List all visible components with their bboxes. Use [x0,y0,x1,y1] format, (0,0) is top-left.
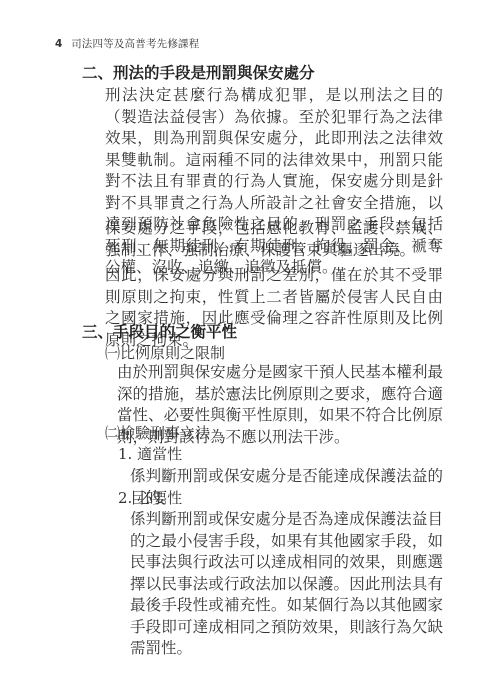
item-1-label: 1. 適當性 [118,443,182,464]
section-two-paragraph-2: 保安處分之手段，包括感化教育、監護、禁戒、強制工作、強制治療、保護管束與驅逐出境… [105,218,443,261]
subsection-two-heading: ㈡檢驗刑事立法 [105,422,210,443]
subsection-one-heading: ㈠比例原則之限制 [105,342,225,363]
running-head: 4 司法四等及高普考先修課程 [55,36,199,51]
item-2-label: 2. 必要性 [118,487,182,508]
document-page: 4 司法四等及高普考先修課程 二、刑法的手段是刑罰與保安處分 刑法決定甚麼行為構… [0,0,497,700]
section-two-heading: 二、刑法的手段是刑罰與保安處分 [82,61,315,83]
section-three-heading: 三、手段目的之衡平性 [82,320,237,342]
item-2-text: 係判斷刑罰或保安處分是否為達成保護法益目的之最小侵害手段，如果有其他國家手段，如… [130,509,443,660]
page-number: 4 [55,38,63,50]
book-title: 司法四等及高普考先修課程 [71,38,199,50]
